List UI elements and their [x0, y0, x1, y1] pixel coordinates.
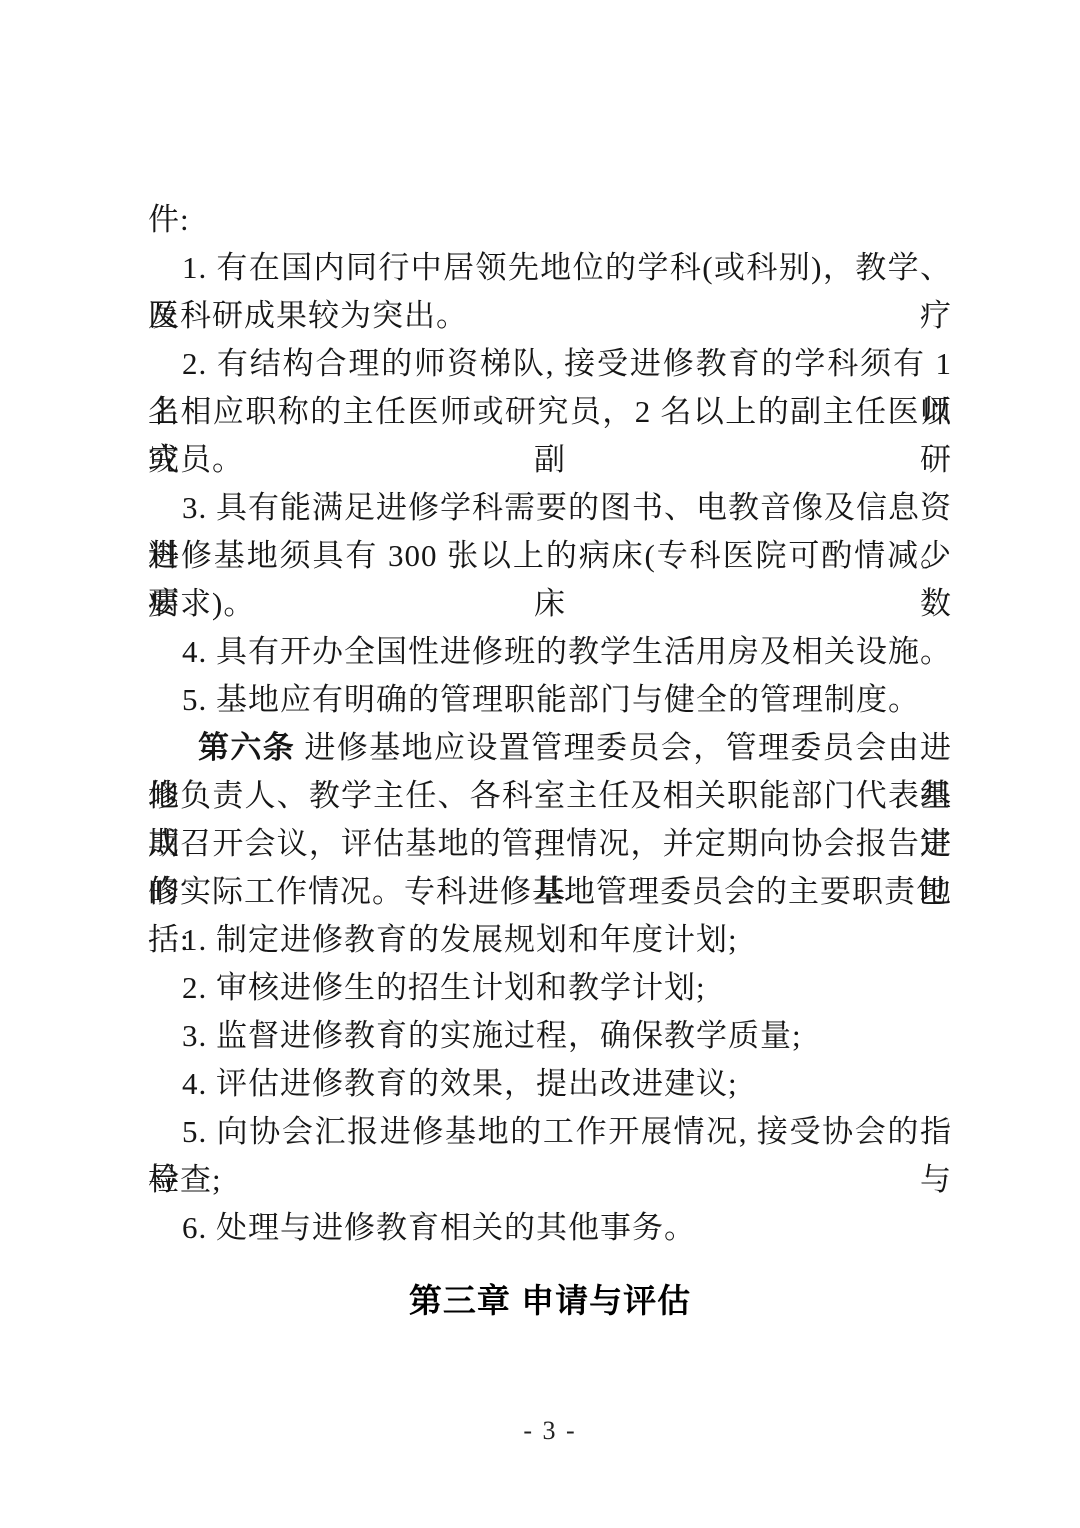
text-line: 4. 具有开办全国性进修班的教学生活用房及相关设施。	[148, 628, 952, 676]
document-page: 件:1. 有在国内同行中居领先地位的学科(或科别)，教学、医疗及科研成果较为突出…	[0, 0, 1080, 1528]
text-line: 4. 评估进修教育的效果，提出改进建议;	[148, 1060, 952, 1108]
text-line: 2. 有结构合理的师资梯队, 接受进修教育的学科须有 1 名以	[148, 340, 952, 388]
text-line: 2. 审核进修生的招生计划和教学计划;	[148, 964, 952, 1012]
text-line: 6. 处理与进修教育相关的其他事务。	[148, 1204, 952, 1252]
text-line: 5. 向协会汇报进修基地的工作开展情况, 接受协会的指导与	[148, 1108, 952, 1156]
page-number: - 3 -	[148, 1416, 952, 1446]
text-line: 1. 有在国内同行中居领先地位的学科(或科别)，教学、医疗	[148, 244, 952, 292]
text-line: 件:	[148, 196, 952, 244]
text-line: 地负责人、教学主任、各科室主任及相关职能部门代表组成，定	[148, 772, 952, 820]
text-line: 5. 基地应有明确的管理职能部门与健全的管理制度。	[148, 676, 952, 724]
text-line: 期召开会议，评估基地的管理情况，并定期向协会报告进修基地	[148, 820, 952, 868]
text-line: 3. 具有能满足进修学科需要的图书、电教音像及信息资料。	[148, 484, 952, 532]
text-line: 3. 监督进修教育的实施过程，确保教学质量;	[148, 1012, 952, 1060]
text-line: 的实际工作情况。专科进修基地管理委员会的主要职责包括:	[148, 868, 952, 916]
text-line: 1. 制定进修教育的发展规划和年度计划;	[148, 916, 952, 964]
article-number: 第六条	[198, 730, 295, 765]
text-line: 进修基地须具有 300 张以上的病床(专科医院可酌情减少病床数	[148, 532, 952, 580]
chapter-heading: 第三章 申请与评估	[148, 1281, 952, 1321]
text-line: 上相应职称的主任医师或研究员，2 名以上的副主任医师或副研	[148, 388, 952, 436]
text-line: 第六条 进修基地应设置管理委员会，管理委员会由进修基	[148, 724, 952, 772]
document-body: 件:1. 有在国内同行中居领先地位的学科(或科别)，教学、医疗及科研成果较为突出…	[148, 196, 952, 1252]
